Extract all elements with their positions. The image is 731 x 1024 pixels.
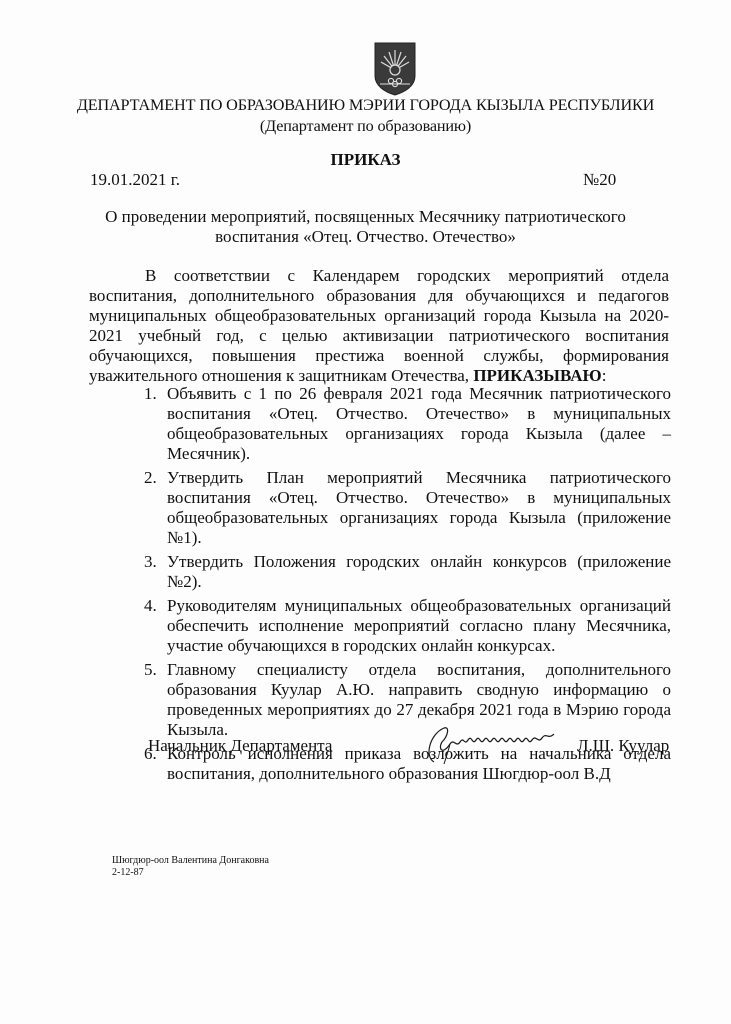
list-item: 1. Объявить с 1 по 26 февраля 2021 года … [144, 384, 671, 464]
list-item: 4. Руководителям муниципальных общеобраз… [144, 596, 671, 656]
subject-line-2: воспитания «Отец. Отчество. Отечество» [0, 227, 731, 247]
order-colon: : [602, 366, 607, 385]
document-title: ПРИКАЗ [0, 150, 731, 170]
item-number: 4. [144, 596, 157, 616]
list-item: 3. Утвердить Положения городских онлайн … [144, 552, 671, 592]
department-short-name: (Департамент по образованию) [0, 117, 731, 136]
item-text: Главному специалисту отдела воспитания, … [167, 660, 671, 739]
item-number: 5. [144, 660, 157, 680]
document-page: ДЕПАРТАМЕНТ ПО ОБРАЗОВАНИЮ МЭРИИ ГОРОДА … [0, 0, 731, 1024]
list-item: 5. Главному специалисту отдела воспитани… [144, 660, 671, 740]
document-number: №20 [583, 170, 616, 190]
order-word: ПРИКАЗЫВАЮ [473, 366, 601, 385]
coat-of-arms-icon [372, 40, 418, 96]
department-name: ДЕПАРТАМЕНТ ПО ОБРАЗОВАНИЮ МЭРИИ ГОРОДА … [0, 96, 731, 115]
order-items-list: 1. Объявить с 1 по 26 февраля 2021 года … [144, 384, 671, 788]
item-text: Утвердить Положения городских онлайн кон… [167, 552, 671, 591]
subject-line-1: О проведении мероприятий, посвященных Ме… [0, 207, 731, 227]
document-subject: О проведении мероприятий, посвященных Ме… [0, 207, 731, 247]
item-number: 3. [144, 552, 157, 572]
item-number: 1. [144, 384, 157, 404]
preamble-paragraph: В соответствии с Календарем городских ме… [89, 266, 669, 386]
item-text: Руководителям муниципальных общеобразова… [167, 596, 671, 655]
executor-name: Шюгдюр-оол Валентина Донгаковна [112, 855, 269, 867]
item-text: Утвердить План мероприятий Месячника пат… [167, 468, 671, 547]
signer-name: Л.Ш. Куулар [577, 736, 669, 756]
document-date: 19.01.2021 г. [90, 170, 180, 190]
executor-info: Шюгдюр-оол Валентина Донгаковна 2-12-87 [112, 855, 269, 879]
executor-phone: 2-12-87 [112, 867, 269, 879]
signer-position: Начальник Департамента [148, 736, 332, 756]
item-text: Объявить с 1 по 26 февраля 2021 года Мес… [167, 384, 671, 463]
handwritten-signature-icon [420, 722, 570, 766]
item-number: 2. [144, 468, 157, 488]
list-item: 2. Утвердить План мероприятий Месячника … [144, 468, 671, 548]
